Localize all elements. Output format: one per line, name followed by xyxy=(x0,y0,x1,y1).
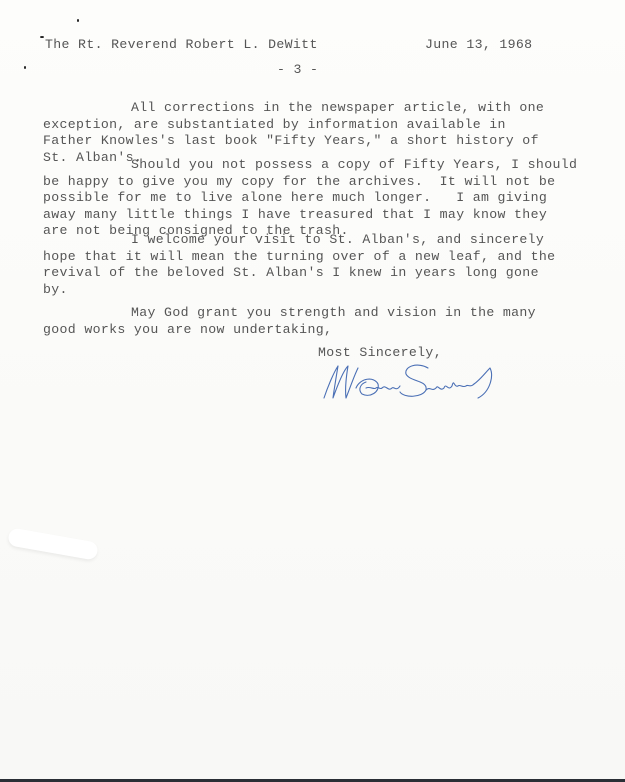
ink-speck xyxy=(24,66,26,69)
text-line: away many little things I have treasured… xyxy=(43,207,577,224)
paragraph-3: I welcome your visit to St. Alban's, and… xyxy=(43,232,555,298)
text-line: exception, are substantiated by informat… xyxy=(43,117,544,134)
text-line: good works you are now undertaking, xyxy=(43,322,536,339)
text-line: Should you not possess a copy of Fifty Y… xyxy=(43,157,577,174)
page-number: - 3 - xyxy=(277,62,318,78)
text-line: Father Knowles's last book "Fifty Years,… xyxy=(43,133,544,150)
text-line: All corrections in the newspaper article… xyxy=(43,100,544,117)
text-line: revival of the beloved St. Alban's I kne… xyxy=(43,265,555,282)
paragraph-4: May God grant you strength and vision in… xyxy=(43,305,536,338)
text-line: I welcome your visit to St. Alban's, and… xyxy=(43,232,555,249)
text-line: possible for me to live alone here much … xyxy=(43,190,577,207)
handwritten-signature: Marion Sudders xyxy=(318,358,498,408)
text-line: by. xyxy=(43,282,555,299)
text-line: be happy to give you my copy for the arc… xyxy=(43,174,577,191)
paragraph-2: Should you not possess a copy of Fifty Y… xyxy=(43,157,577,240)
ink-speck xyxy=(40,36,44,38)
letter-date: June 13, 1968 xyxy=(425,37,532,53)
recipient-line: The Rt. Reverend Robert L. DeWitt xyxy=(45,37,318,53)
text-line: May God grant you strength and vision in… xyxy=(43,305,536,322)
ink-speck xyxy=(77,19,79,22)
text-line: hope that it will mean the turning over … xyxy=(43,249,555,266)
